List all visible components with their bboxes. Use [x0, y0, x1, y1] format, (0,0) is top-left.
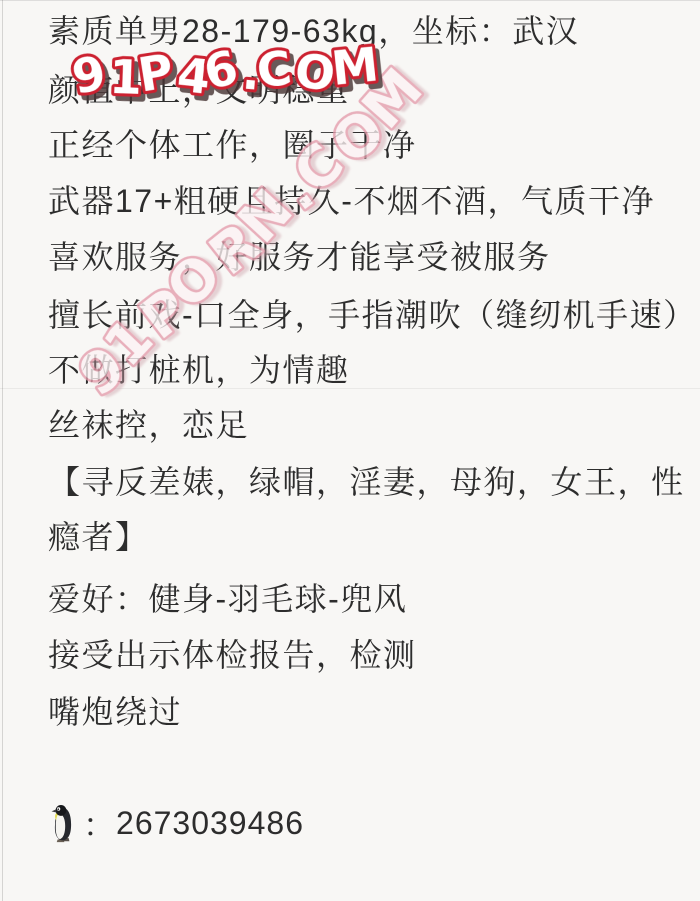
- ad-text-line: 武器17+粗硬且持久-不烟不酒，气质干净: [48, 183, 655, 219]
- qq-number: 2673039486: [116, 805, 304, 842]
- penguin-pupil: [57, 808, 59, 810]
- ad-text-line: 接受出示体检报告，检测: [48, 637, 417, 673]
- penguin-head: [56, 805, 67, 816]
- screenshot-seam-line: [0, 388, 700, 389]
- ad-text-line: 丝袜控，恋足: [48, 407, 249, 443]
- ad-screenshot: 素质单男28-179-63kg，坐标：武汉 颜值中上，文明稳重 正经个体工作，圈…: [0, 0, 700, 901]
- ad-text-line: 嘴炮绕过: [48, 694, 182, 730]
- ad-text-line: 【寻反差婊，绿帽，淫妻，母狗，女王，性: [48, 464, 685, 500]
- penguin-beak: [52, 809, 57, 812]
- ad-text-line: 擅长前戏-口全身，手指潮吹（缝纫机手速）: [48, 297, 697, 333]
- ad-text-line: 喜欢服务，好服务才能享受被服务: [48, 239, 551, 275]
- ad-text-line: 正经个体工作，圈子干净: [48, 127, 417, 163]
- ad-text-line: 颜值中上，文明稳重: [48, 72, 350, 108]
- contact-separator: ：: [83, 800, 116, 846]
- ad-text-line: 爱好：健身-羽毛球-兜风: [48, 581, 407, 617]
- ad-text-line: 不做打桩机，为情趣: [48, 352, 350, 388]
- ad-text-line: 瘾者】: [48, 519, 149, 555]
- left-edge-line: [2, 0, 3, 901]
- penguin-qq-icon: [50, 803, 77, 844]
- top-edge-line: [0, 0, 700, 1]
- ad-text-line: 素质单男28-179-63kg，坐标：武汉: [48, 13, 579, 49]
- contact-row: ： 2673039486: [50, 800, 304, 846]
